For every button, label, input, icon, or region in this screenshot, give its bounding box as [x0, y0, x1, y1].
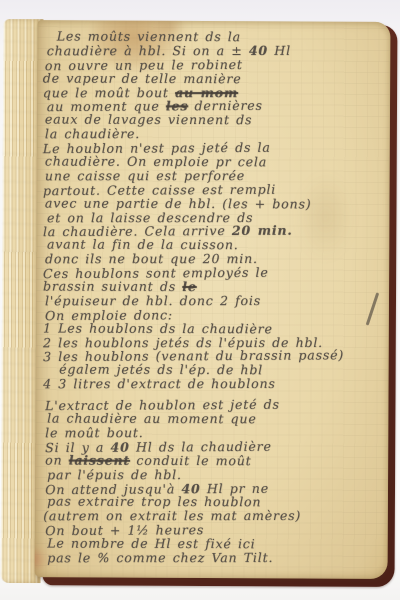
handwritten-line: 4 3 litres d'extract de houblons [43, 377, 386, 391]
handwritten-text: 20 min. [232, 223, 293, 238]
handwritten-line: par l'épuis de hbl. [47, 468, 386, 482]
handwritten-line: l'épuiseur de hbl. donc 2 fois [45, 294, 386, 308]
handwritten-text: 40 [249, 43, 268, 58]
handwritten-text: pas extraire trop les houblon [47, 494, 261, 510]
handwritten-text: avant la fin de la cuisson. [47, 237, 239, 253]
handwritten-text: de vapeur de telle manière [43, 70, 242, 86]
handwritten-text: Hl [268, 43, 291, 58]
handwritten-text: (autrem on extrait les mat amères) [43, 508, 301, 523]
handwritten-line: pas extraire trop les houblon [47, 495, 386, 510]
handwritten-text: pas le % comme chez Van Tilt. [47, 550, 273, 565]
handwritten-text: l'épuiseur de hbl. donc 2 fois [45, 293, 261, 308]
struck-text: le [182, 279, 196, 294]
notebook-page: Les moûts viennent ds lachaudière à hbl.… [35, 20, 391, 579]
handwritten-text: 1 Les houblons ds la chaudière [43, 320, 273, 336]
handwritten-text: une caisse qui est perforée [45, 168, 245, 183]
handwritten-text: 4 3 litres d'extract de houblons [43, 376, 276, 391]
handwritten-line: Le nombre de Hl est fixé ici [47, 537, 386, 552]
handwritten-line: égalem jetés ds l'ép. de hbl [59, 363, 386, 378]
handwritten-line: eaux de lavages viennent ds [45, 113, 386, 128]
handwritten-text: chaudière. On emploie pr cela [45, 153, 267, 169]
struck-text: laissent [69, 452, 130, 467]
handwritten-text: on [45, 452, 69, 467]
handwritten-line: 1 Les houblons ds la chaudière [43, 321, 386, 336]
handwritten-line: la chaudière au moment que [47, 412, 386, 427]
handwritten-text: le moût bout. [45, 425, 143, 440]
handwritten-line: chaudière à hbl. Si on a ± 40 Hl [47, 44, 386, 58]
handwritten-line: pas le % comme chez Van Tilt. [47, 551, 386, 565]
handwritten-text: Le nombre de Hl est fixé ici [47, 536, 255, 552]
handwritten-text: eaux de lavages viennent ds [45, 112, 252, 128]
handwritten-line: une caisse qui est perforée [45, 169, 386, 183]
handwritten-text: chaudière à hbl. Si on a ± [47, 43, 249, 58]
handwritten-text: avec une partie de hbl. (les + bons) [45, 195, 312, 211]
handwritten-line: brassin suivant ds le [43, 280, 386, 295]
handwritten-line: on laissent conduit le moût [45, 453, 386, 468]
handwritten-line: avec une partie de hbl. (les + bons) [45, 196, 386, 211]
handwritten-line: le moût bout. [45, 426, 386, 440]
handwritten-line: (autrem on extrait les mat amères) [43, 509, 386, 523]
handwritten-line: de vapeur de telle manière [43, 71, 386, 86]
handwritten-line: avant la fin de la cuisson. [47, 238, 386, 253]
handwritten-text: égalem jetés ds l'ép. de hbl [59, 362, 263, 378]
handwritten-text: brassin suivant ds [43, 279, 182, 294]
handwritten-text: la chaudière. [45, 126, 140, 141]
handwritten-line: Les moûts viennent ds la [57, 29, 386, 44]
handwriting: Les moûts viennent ds lachaudière à hbl.… [43, 30, 386, 565]
notebook-photo: Les moûts viennent ds lachaudière à hbl.… [0, 0, 400, 600]
handwritten-text: Les moûts viennent ds la [57, 28, 241, 44]
handwritten-text: conduit le moût [130, 452, 252, 467]
handwritten-line: chaudière. On emploie pr cela [45, 154, 386, 169]
handwritten-text: par l'épuis de hbl. [47, 467, 182, 482]
handwritten-text: la chaudière au moment que [47, 411, 257, 427]
